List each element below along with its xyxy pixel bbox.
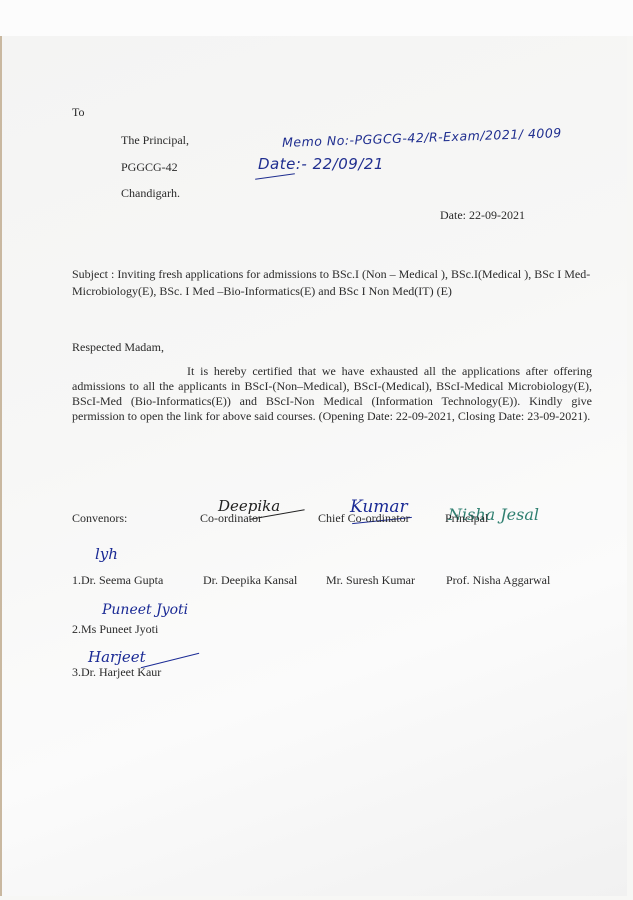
chief-coordinator-name: Mr. Suresh Kumar xyxy=(326,573,415,588)
convenor-2-name: 2.Ms Puneet Jyoti xyxy=(72,622,158,637)
convenors-label: Convenors: xyxy=(72,511,127,526)
letter-body: It is hereby certified that we have exha… xyxy=(72,364,592,424)
letter-to: To xyxy=(72,105,85,120)
convenor-2-signature: Puneet Jyoti xyxy=(102,602,188,618)
letter-date: Date: 22-09-2021 xyxy=(440,208,525,223)
salutation: Respected Madam, xyxy=(72,340,164,355)
coordinator-name: Dr. Deepika Kansal xyxy=(203,573,297,588)
handwritten-memo-date: Date:- 22/09/21 xyxy=(258,155,384,173)
coordinator-role: Co-ordinator xyxy=(200,511,262,526)
chief-coordinator-role: Chief Co-ordinator xyxy=(318,511,410,526)
principal-name: Prof. Nisha Aggarwal xyxy=(446,573,550,588)
recipient-line-3: Chandigarh. xyxy=(121,186,180,201)
recipient-line-2: PGGCG-42 xyxy=(121,160,178,175)
convenor-3-name: 3.Dr. Harjeet Kaur xyxy=(72,665,161,680)
convenor-3-signature: Harjeet xyxy=(88,648,146,666)
scan-margin xyxy=(0,0,633,36)
recipient-line-1: The Principal, xyxy=(121,133,189,148)
principal-role: Principal xyxy=(445,511,488,526)
convenor-1-signature: lyh xyxy=(95,545,118,563)
convenor-1-name: 1.Dr. Seema Gupta xyxy=(72,573,163,588)
letter-subject: Subject : Inviting fresh applications fo… xyxy=(72,266,592,300)
